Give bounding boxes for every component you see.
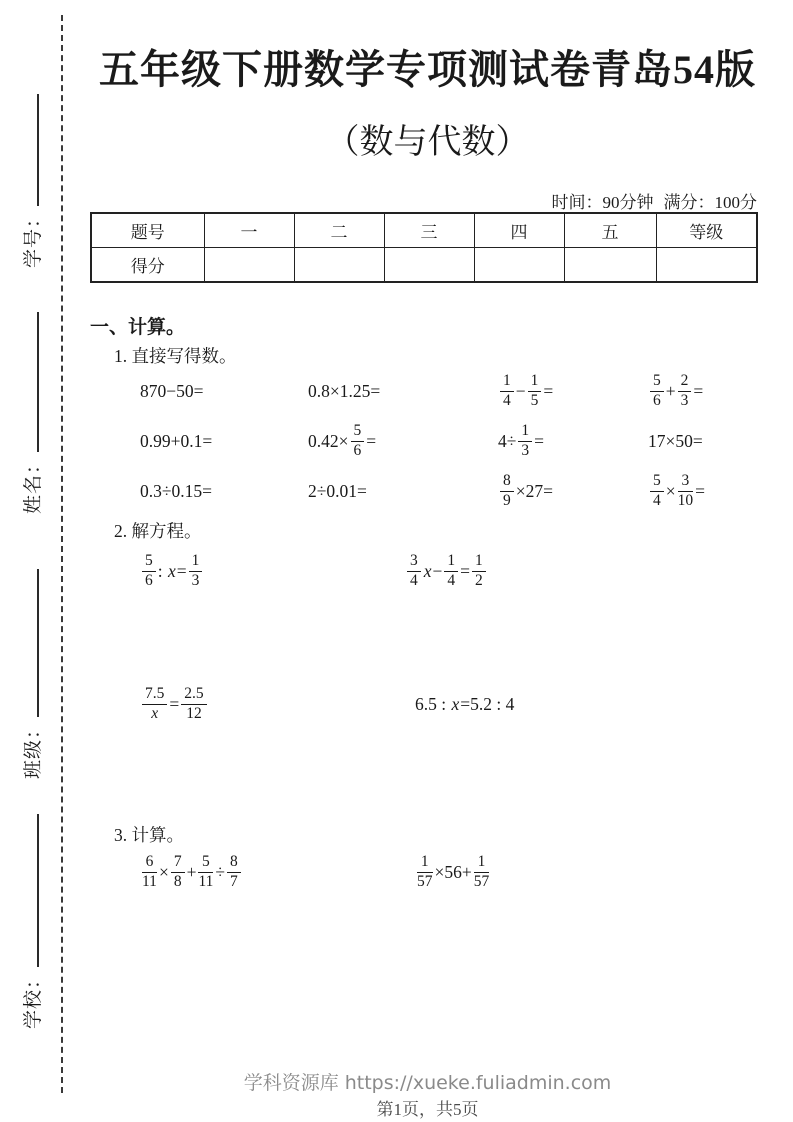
fraction: 157 (417, 854, 433, 890)
fraction: 87 (227, 854, 241, 890)
name-blank-line (21, 312, 39, 452)
fraction: 56 (650, 373, 664, 409)
score-table: 题号 一 二 三 四 五 等级 得分 (90, 212, 758, 283)
math-expression: 14−15= (498, 373, 648, 409)
fraction: 611 (142, 854, 157, 890)
school-label: 学校： (23, 969, 44, 1029)
score-table-header-row: 题号 一 二 三 四 五 等级 (91, 213, 757, 248)
math-expression: 2÷0.01= (308, 481, 498, 502)
math-expression: 0.42×56= (308, 423, 498, 459)
class-blank-line (21, 569, 39, 717)
header-cell-4: 四 (474, 213, 564, 248)
fraction: 56 (351, 423, 365, 459)
fraction: 56 (142, 553, 156, 589)
question-3-label: 3. 计算。 (114, 822, 184, 847)
time-label: 时间：90分钟 (552, 193, 654, 212)
fraction: 157 (474, 854, 490, 890)
school-blank-line (21, 814, 39, 967)
footer-page-number: 第1页，共5页 (62, 1095, 793, 1120)
math-expression: 4÷13= (498, 423, 648, 459)
math-expression: 54×310= (648, 473, 705, 509)
fraction: 13 (518, 423, 532, 459)
header-cell-2: 二 (294, 213, 384, 248)
header-cell-3: 三 (384, 213, 474, 248)
header-cell-grade: 等级 (656, 213, 757, 248)
name-label: 姓名： (23, 454, 44, 514)
page-title: 五年级下册数学专项测试卷青岛54版 (62, 38, 793, 95)
footer-source-link: 学科资源库 https://xueke.fuliadmin.com (62, 1068, 793, 1095)
math-expression: 0.99+0.1= (140, 431, 308, 452)
sidebar-field-student-id: 学号： (18, 90, 44, 268)
score-row-label: 得分 (91, 248, 204, 283)
score-table-score-row: 得分 (91, 248, 757, 283)
question-2-row-1: 56 : x=13 34x−14=12 (140, 546, 488, 596)
question-1-label: 1. 直接写得数。 (114, 343, 237, 368)
math-expression: 17×50= (648, 431, 705, 452)
fraction: 54 (650, 473, 664, 509)
question-2-row-2: 7.5x=2.512 6.5 : x=5.2 : 4 (140, 680, 514, 728)
class-label: 班级： (23, 719, 44, 779)
fraction: 14 (500, 373, 514, 409)
math-expression: 56+23= (648, 373, 705, 409)
math-expression: 0.8×1.25= (308, 381, 498, 402)
fraction: 14 (444, 553, 458, 589)
fraction: 310 (678, 473, 694, 509)
header-cell-question-no: 题号 (91, 213, 204, 248)
score-cell (564, 248, 656, 283)
score-cell (204, 248, 294, 283)
score-cell (474, 248, 564, 283)
math-expression: 0.3÷0.15= (140, 481, 308, 502)
page-subtitle: （数与代数） (62, 114, 793, 163)
header-cell-1: 一 (204, 213, 294, 248)
fraction: 511 (198, 854, 213, 890)
math-expression: 7.5x=2.512 (140, 686, 415, 722)
math-expression: 157×56+157 (415, 854, 491, 890)
exam-meta: 时间：90分钟满分：100分 (542, 188, 758, 213)
question-3-row: 611×78+511÷87 157×56+157 (140, 850, 491, 894)
fraction: 13 (189, 553, 203, 589)
dashed-cut-line (61, 15, 63, 1093)
student-id-label: 学号： (23, 208, 44, 268)
question-2-label: 2. 解方程。 (114, 518, 202, 543)
student-id-blank-line (21, 94, 39, 206)
fraction: 34 (407, 553, 421, 589)
math-expression: 6.5 : x=5.2 : 4 (415, 694, 514, 715)
header-cell-5: 五 (564, 213, 656, 248)
math-expression: 34x−14=12 (405, 553, 488, 589)
score-cell (384, 248, 474, 283)
fraction: 23 (678, 373, 692, 409)
fraction: 12 (472, 553, 486, 589)
score-cell (656, 248, 757, 283)
sidebar-field-name: 姓名： (18, 310, 44, 514)
fraction: 15 (528, 373, 542, 409)
math-expression: 89×27= (498, 473, 648, 509)
math-expression: 611×78+511÷87 (140, 854, 415, 890)
math-expression: 56 : x=13 (140, 553, 405, 589)
fraction: 78 (171, 854, 185, 890)
sidebar-field-class: 班级： (18, 565, 44, 779)
full-score-label: 满分：100分 (664, 193, 758, 212)
question-1-grid: 870−50= 0.8×1.25= 14−15= 56+23= 0.99+0.1… (140, 366, 705, 516)
score-cell (294, 248, 384, 283)
section-1-heading: 一、计算。 (90, 312, 185, 339)
fraction: 2.512 (181, 686, 206, 722)
math-expression: 870−50= (140, 381, 308, 402)
fraction: 89 (500, 473, 514, 509)
fraction: 7.5x (142, 686, 167, 722)
sidebar-field-school: 学校： (18, 810, 44, 1029)
